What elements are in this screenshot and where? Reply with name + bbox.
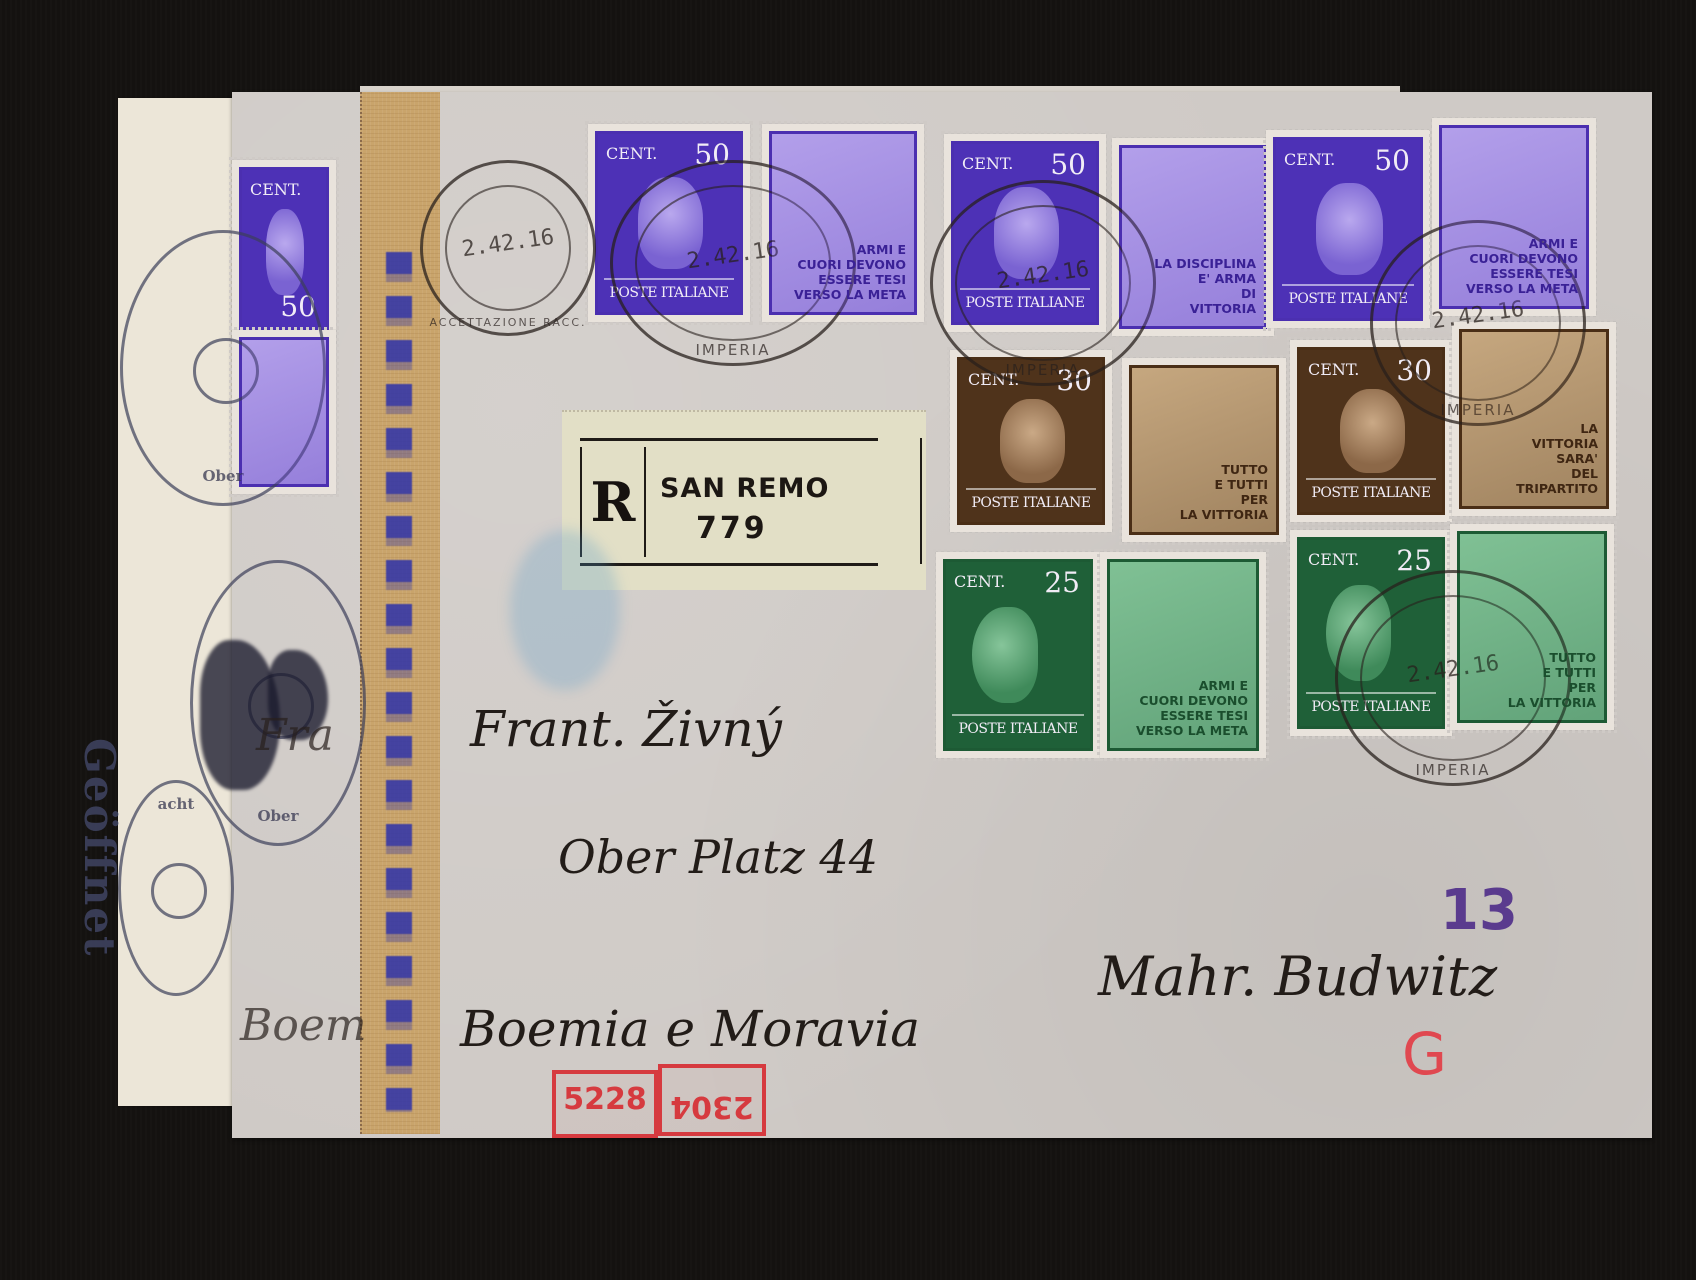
censor-handstamp-3: acht [118, 780, 234, 996]
registration-label: R SAN REMO 779 [562, 410, 926, 590]
stamp-frame: LA VITTORIA SARA' DEL TRIPARTITO [1459, 329, 1609, 509]
stamp-frame: ARMI E CUORI DEVONO ESSERE TESI VERSO LA… [769, 131, 917, 315]
flap-censor-text: Geöffnet [75, 738, 124, 957]
stamp-cent-label: CENT. [962, 154, 1013, 173]
king-portrait-icon [1000, 399, 1065, 483]
stamp-green-slogan: TUTTO E TUTTI PER LA VITTORIA [1450, 524, 1614, 730]
stamp-slogan: LA VITTORIA SARA' DEL TRIPARTITO [1516, 421, 1606, 506]
stamp-value: 50 [1050, 148, 1086, 181]
stamp-frame: TUTTO E TUTTI PER LA VITTORIA [1129, 365, 1279, 535]
registration-number: 779 [696, 511, 768, 546]
postmark-ring-text: IMPERIA [933, 361, 1153, 379]
stamp-inscription: POSTE ITALIANE [952, 714, 1084, 742]
stamp-cent-label: CENT. [250, 180, 301, 199]
stamp-slogan: ARMI E CUORI DEVONO ESSERE TESI VERSO LA… [1136, 678, 1256, 748]
stamp-slogan: LA DISCIPLINA E' ARMA DI VITTORIA [1154, 256, 1264, 326]
stamp-cent-label: CENT. [1308, 360, 1359, 379]
stamp-frame: CENT.25POSTE ITALIANE [943, 559, 1093, 751]
sender-fragment-name: Fra [256, 710, 334, 761]
stamp-inscription: POSTE ITALIANE [1306, 478, 1436, 506]
censor-emblem-icon [151, 863, 207, 919]
address-name: Frant. Živný [470, 700, 782, 758]
stamp-violet-slogan: ARMI E CUORI DEVONO ESSERE TESI VERSO LA… [762, 124, 924, 322]
registration-office: SAN REMO [660, 473, 829, 504]
address-city: Mahr. Budwitz [1098, 945, 1497, 1008]
stamp-value: 50 [1374, 144, 1410, 177]
stamp-cent-label: CENT. [1308, 550, 1359, 569]
stamp-artwork [242, 340, 326, 484]
censor-text: acht [121, 795, 231, 813]
stamp-slogan: ARMI E CUORI DEVONO ESSERE TESI VERSO LA… [1466, 236, 1586, 306]
stamp-frame: TUTTO E TUTTI PER LA VITTORIA [1457, 531, 1607, 723]
king-portrait-icon [972, 607, 1038, 704]
registration-label-divider [920, 438, 922, 564]
stamp-brown-slogan: LA VITTORIA SARA' DEL TRIPARTITO [1452, 322, 1616, 516]
stamp-slogan: TUTTO E TUTTI PER LA VITTORIA [1508, 650, 1604, 720]
violet-handstamp-number: 13 [1440, 878, 1518, 943]
stamp-value: 25 [1044, 566, 1080, 599]
stamp-violet-slogan: ARMI E CUORI DEVONO ESSERE TESI VERSO LA… [1432, 118, 1596, 316]
stamp-cent-label: CENT. [606, 144, 657, 163]
postmark-ring-text: IMPERIA [613, 341, 853, 359]
stamp-cent-label: CENT. [954, 572, 1005, 591]
stamp-frame: LA DISCIPLINA E' ARMA DI VITTORIA [1119, 145, 1267, 329]
king-portrait-icon [1316, 183, 1382, 276]
stamp-slogan: TUTTO E TUTTI PER LA VITTORIA [1180, 462, 1276, 532]
stamp-frame: ARMI E CUORI DEVONO ESSERE TESI VERSO LA… [1107, 559, 1259, 751]
censor-tape-ink-stamp [386, 252, 412, 1112]
red-crayon-letter: G [1402, 1020, 1447, 1088]
stamp-cent-label: CENT. [1284, 150, 1335, 169]
blue-crayon-mark [510, 530, 620, 690]
stamp-slogan: ARMI E CUORI DEVONO ESSERE TESI VERSO LA… [794, 242, 914, 312]
stamp-violet-slogan: LA DISCIPLINA E' ARMA DI VITTORIA [1112, 138, 1274, 336]
postmark-ring-text: IMPERIA [1338, 761, 1568, 779]
registration-label-frame: R SAN REMO 779 [580, 438, 878, 566]
address-street: Ober Platz 44 [558, 830, 878, 884]
stamp-green-slogan: ARMI E CUORI DEVONO ESSERE TESI VERSO LA… [1100, 552, 1266, 758]
stamp-frame: ARMI E CUORI DEVONO ESSERE TESI VERSO LA… [1439, 125, 1589, 309]
stamp-inscription: POSTE ITALIANE [966, 488, 1096, 516]
postmark-ring-text: ACCETTAZIONE RACC. [423, 316, 593, 329]
red-censor-number-2: 2304 [658, 1064, 766, 1136]
stamp-brown-slogan: TUTTO E TUTTI PER LA VITTORIA [1122, 358, 1286, 542]
red-censor-number-1: 5228 [552, 1070, 658, 1138]
stamp-left-edge-lower [232, 330, 336, 494]
stamp-green-portrait: CENT.25POSTE ITALIANE [936, 552, 1100, 758]
postmark-accettazione: 2.42.16 ACCETTAZIONE RACC. [420, 160, 596, 336]
address-region: Boemia e Moravia [460, 1000, 920, 1058]
sender-fragment-region: Boem [240, 1000, 367, 1051]
